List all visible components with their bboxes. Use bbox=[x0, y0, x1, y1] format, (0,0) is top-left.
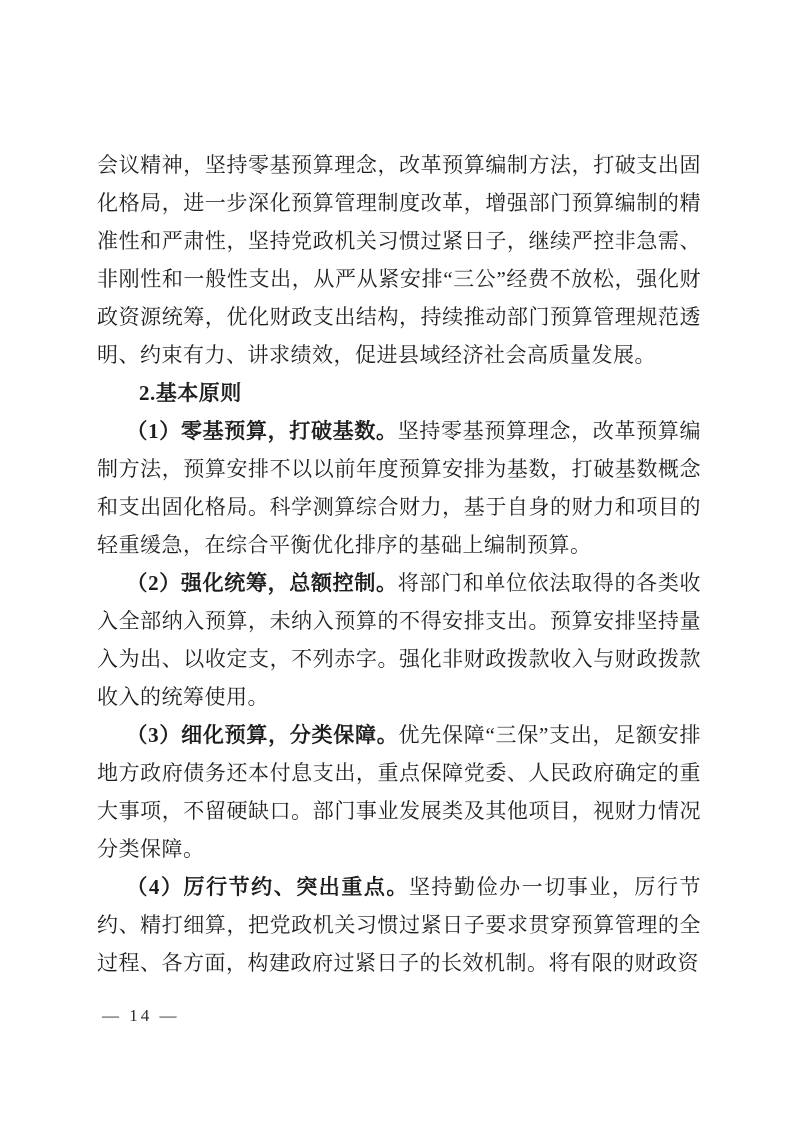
paragraph-principle-1: （1）零基预算，打破基数。坚持零基预算理念，改革预算编制方法，预算安排不以以前年… bbox=[97, 412, 701, 564]
page-number: — 14 — bbox=[102, 1006, 180, 1025]
paragraph-lead: （1）零基预算，打破基数。 bbox=[126, 419, 397, 443]
paragraph-principle-4: （4）厉行节约、突出重点。坚持勤俭办一切事业，厉行节约、精打细算，把党政机关习惯… bbox=[97, 868, 701, 982]
paragraph-lead: （2）强化统筹，总额控制。 bbox=[126, 571, 397, 595]
paragraph-lead: （4）厉行节约、突出重点。 bbox=[126, 875, 409, 899]
document-body: 会议精神，坚持零基预算理念，改革预算编制方法，打破支出固化格局，进一步深化预算管… bbox=[97, 146, 701, 982]
section-heading-text: 2.基本原则 bbox=[139, 381, 242, 405]
page-footer: — 14 — bbox=[102, 1002, 180, 1030]
section-heading: 2.基本原则 bbox=[97, 374, 701, 412]
document-page: 会议精神，坚持零基预算理念，改革预算编制方法，打破支出固化格局，进一步深化预算管… bbox=[0, 0, 793, 1122]
paragraph-text: 会议精神，坚持零基预算理念，改革预算编制方法，打破支出固化格局，进一步深化预算管… bbox=[97, 153, 701, 367]
paragraph-principle-2: （2）强化统筹，总额控制。将部门和单位依法取得的各类收入全部纳入预算，未纳入预算… bbox=[97, 564, 701, 716]
paragraph-continuation: 会议精神，坚持零基预算理念，改革预算编制方法，打破支出固化格局，进一步深化预算管… bbox=[97, 146, 701, 374]
paragraph-principle-3: （3）细化预算，分类保障。优先保障“三保”支出，足额安排地方政府债务还本付息支出… bbox=[97, 716, 701, 868]
paragraph-lead: （3）细化预算，分类保障。 bbox=[126, 723, 398, 747]
